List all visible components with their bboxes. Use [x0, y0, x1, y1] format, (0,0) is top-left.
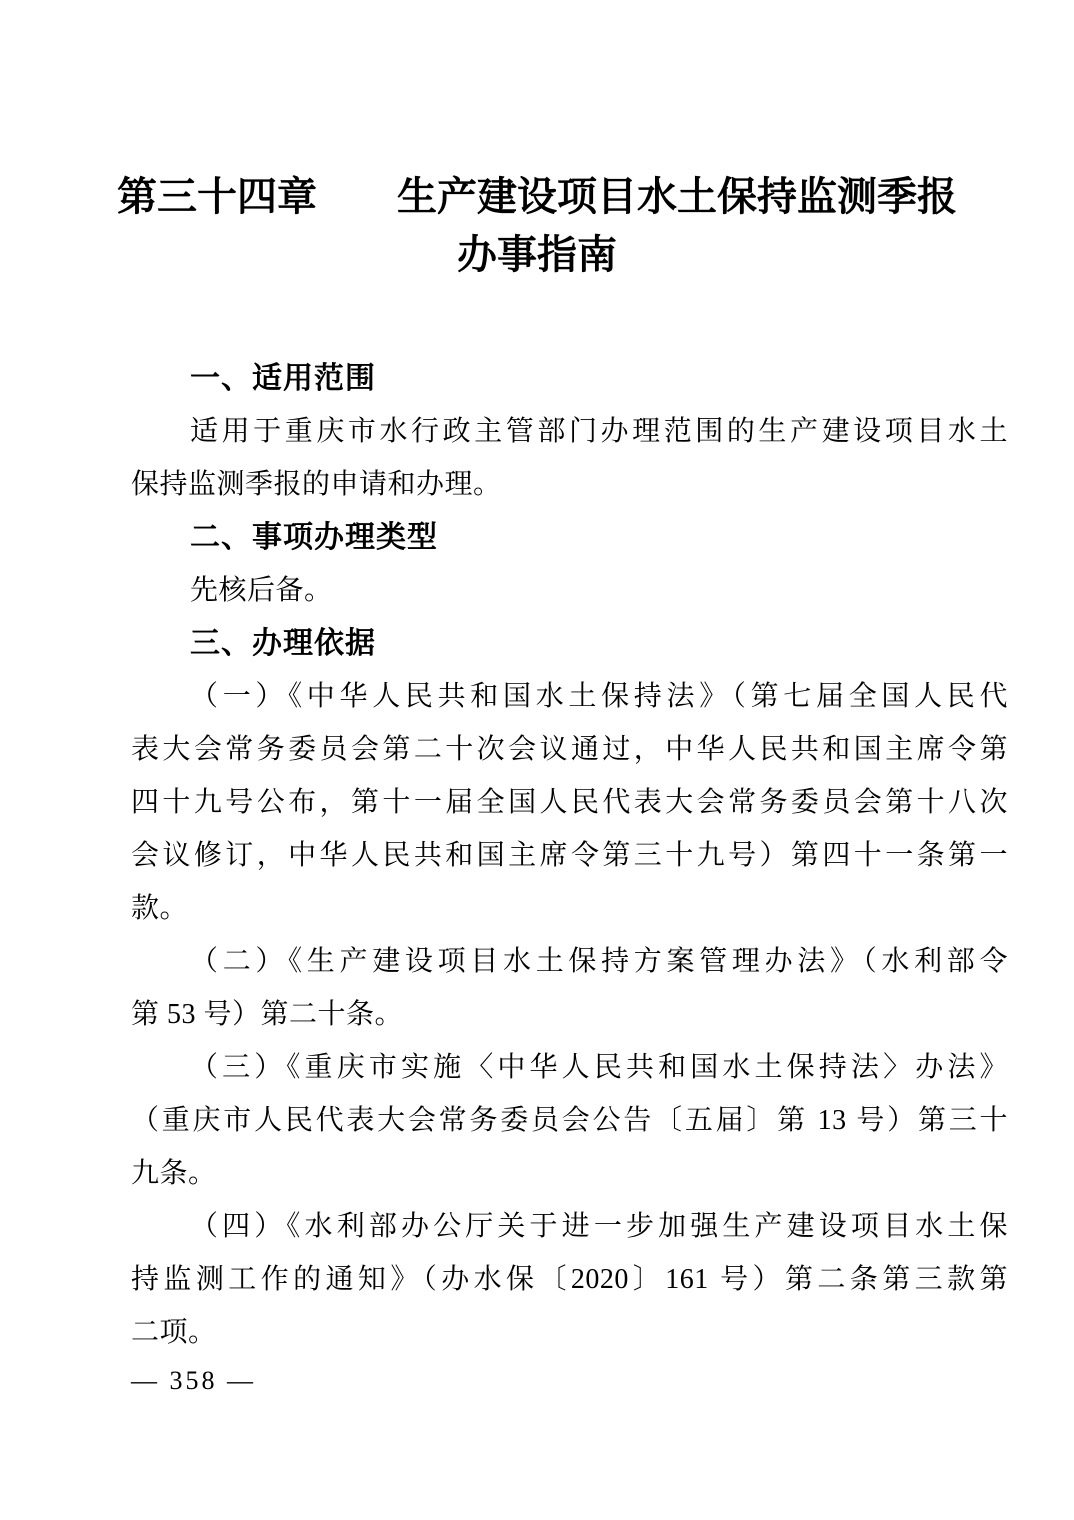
- chapter-title-line-2: 办事指南: [0, 226, 1074, 284]
- body-line: （重庆市人民代表大会常务委员会公告〔五届〕第 13 号）第三十: [131, 1094, 1008, 1147]
- body-line: 先核后备。: [131, 564, 1008, 617]
- body-line: 持监测工作的通知》（办水保〔2020〕161 号）第二条第三款第: [131, 1253, 1008, 1306]
- body-line: 九条。: [131, 1147, 1008, 1200]
- body-line: 款。: [131, 882, 1008, 935]
- body-line: 表大会常务委员会第二十次会议通过，中华人民共和国主席令第: [131, 723, 1008, 776]
- body-line: 第 53 号）第二十条。: [131, 988, 1008, 1041]
- document-page: 第三十四章 生产建设项目水土保持监测季报 办事指南 一、适用范围 适用于重庆市水…: [0, 0, 1074, 1520]
- body-line: （四）《水利部办公厅关于进一步加强生产建设项目水土保: [131, 1200, 1008, 1253]
- body-line: 四十九号公布，第十一届全国人民代表大会常务委员会第十八次: [131, 776, 1008, 829]
- section-heading-type: 二、事项办理类型: [131, 511, 1008, 564]
- body-line: （三）《重庆市实施〈中华人民共和国水土保持法〉办法》: [131, 1041, 1008, 1094]
- body-line: （二）《生产建设项目水土保持方案管理办法》（水利部令: [131, 935, 1008, 988]
- chapter-title-line-1: 第三十四章 生产建设项目水土保持监测季报: [0, 168, 1074, 226]
- body-line: （一）《中华人民共和国水土保持法》（第七届全国人民代: [131, 670, 1008, 723]
- body-line: 会议修订，中华人民共和国主席令第三十九号）第四十一条第一: [131, 829, 1008, 882]
- chapter-title: 第三十四章 生产建设项目水土保持监测季报 办事指南: [0, 168, 1074, 284]
- document-body: 一、适用范围 适用于重庆市水行政主管部门办理范围的生产建设项目水土 保持监测季报…: [131, 352, 1008, 1359]
- body-line: 保持监测季报的申请和办理。: [131, 458, 1008, 511]
- section-heading-scope: 一、适用范围: [131, 352, 1008, 405]
- body-line: 适用于重庆市水行政主管部门办理范围的生产建设项目水土: [131, 405, 1008, 458]
- page-number: — 358 —: [131, 1365, 256, 1397]
- section-heading-basis: 三、办理依据: [131, 617, 1008, 670]
- body-line: 二项。: [131, 1306, 1008, 1359]
